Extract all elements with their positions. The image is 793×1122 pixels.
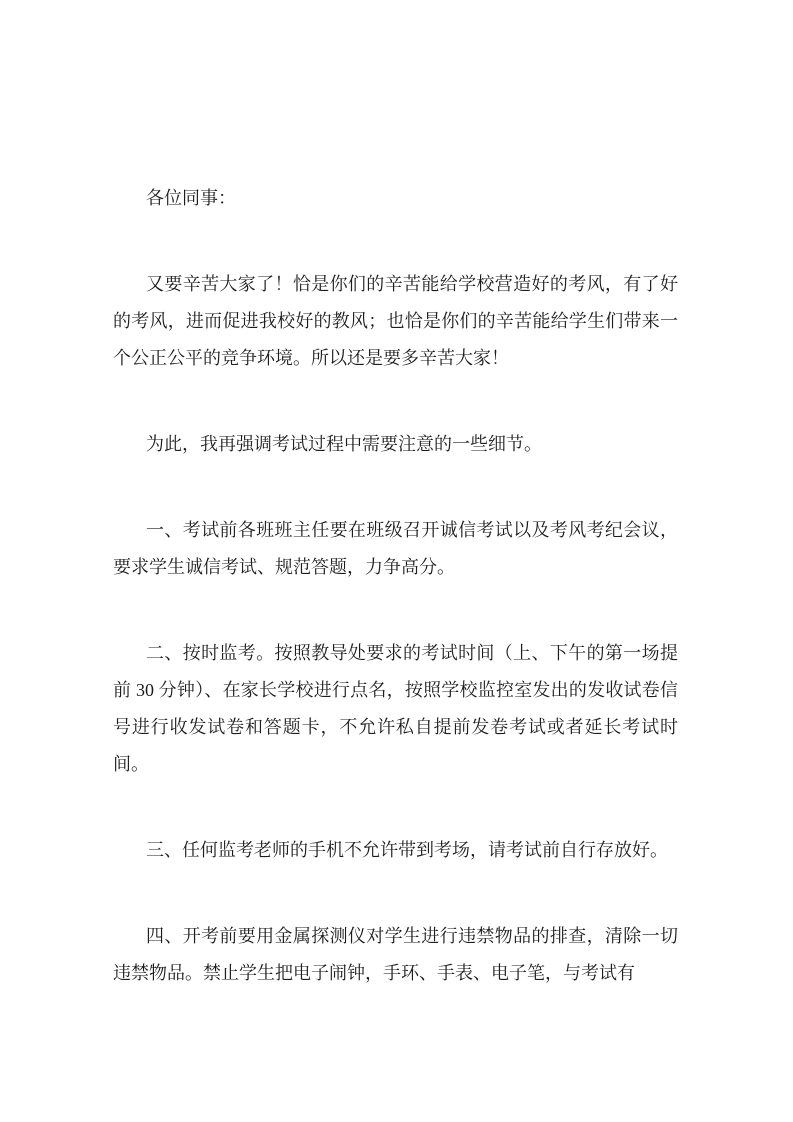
paragraph: 四、开考前要用金属探测仪对学生进行违禁物品的排查，清除一切违禁物品。禁止学生把电… (113, 918, 678, 992)
document-page: 各位同事：又要辛苦大家了！恰是你们的辛苦能给学校营造好的考风，有了好的考风，进而… (0, 0, 793, 1122)
paragraph: 又要辛苦大家了！恰是你们的辛苦能给学校营造好的考风，有了好的考风，进而促进我校好… (113, 266, 678, 377)
paragraph: 二、按时监考。按照教导处要求的考试时间（上、下午的第一场提前 30 分钟）、在家… (113, 635, 678, 783)
paragraph: 各位同事： (113, 180, 678, 217)
document-content: 各位同事：又要辛苦大家了！恰是你们的辛苦能给学校营造好的考风，有了好的考风，进而… (113, 180, 678, 992)
paragraph: 三、任何监考老师的手机不允许带到考场，请考试前自行存放好。 (113, 832, 678, 869)
paragraph: 一、考试前各班班主任要在班级召开诚信考试以及考风考纪会议，要求学生诚信考试、规范… (113, 512, 678, 586)
paragraph: 为此，我再强调考试过程中需要注意的一些细节。 (113, 426, 678, 463)
